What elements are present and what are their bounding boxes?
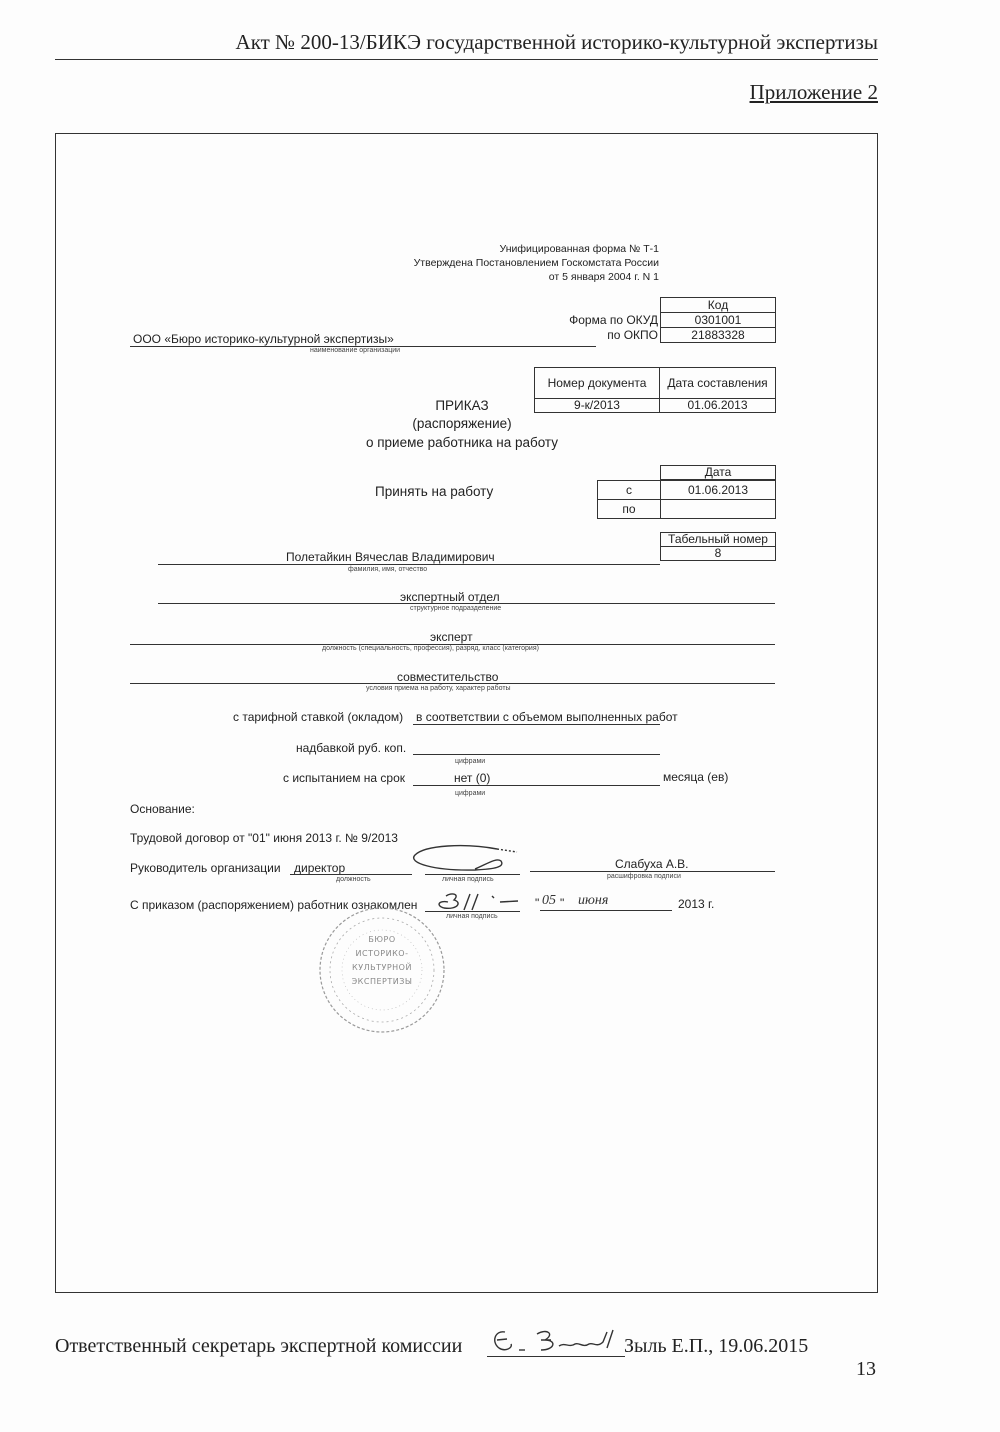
probation-line [413, 785, 660, 786]
acquainted-date-line [540, 910, 672, 911]
to-label: по [598, 500, 661, 519]
probation-value: нет (0) [454, 771, 490, 785]
doc-date-header: Дата составления [660, 368, 776, 399]
svg-text:ЭКСПЕРТИЗЫ: ЭКСПЕРТИЗЫ [352, 977, 413, 986]
probation-unit: месяца (ев) [663, 770, 728, 784]
probation-caption: цифрами [455, 790, 485, 797]
approved-date-label: от 5 января 2004 г. N 1 [549, 271, 659, 283]
rate-label: с тарифной ставкой (окладом) [233, 710, 403, 724]
header-rule [55, 59, 878, 60]
doc-date-value: 01.06.2013 [660, 399, 776, 413]
bonus-line [413, 754, 660, 755]
organization-name: ООО «Бюро историко-культурной экспертизы… [133, 332, 394, 346]
position-value: эксперт [430, 630, 473, 644]
employee-name-caption: фамилия, имя, отчество [348, 566, 427, 573]
head-signature-icon [405, 843, 525, 878]
order-subject: о приеме работника на работу [322, 435, 602, 450]
organization-caption: наименование организации [310, 347, 400, 354]
svg-text:ИСТОРИКО-: ИСТОРИКО- [356, 949, 409, 958]
order-title: ПРИКАЗ [412, 398, 512, 413]
code-table: Код 0301001 21883328 [660, 297, 776, 343]
department-value: экспертный отдел [400, 590, 500, 604]
date-header: Дата [661, 466, 776, 480]
okud-value: 0301001 [661, 313, 776, 328]
bonus-caption: цифрами [455, 758, 485, 765]
svg-text:КУЛЬТУРНОЙ: КУЛЬТУРНОЙ [352, 961, 412, 972]
conditions-value: совместительство [397, 670, 498, 684]
okud-label: Форма по ОКУД [569, 313, 658, 327]
employee-name-line [158, 564, 660, 565]
bonus-label: надбавкой руб. коп. [296, 741, 406, 755]
basis-value: Трудовой договор от "01" июня 2013 г. № … [130, 831, 398, 845]
personnel-number-value: 8 [661, 547, 776, 561]
head-name-line [530, 871, 775, 872]
probation-label: с испытанием на срок [283, 771, 405, 785]
secretary-label: Ответственный секретарь экспертной комис… [55, 1335, 462, 1358]
acquainted-year: 2013 г. [678, 897, 714, 911]
from-label: с [598, 481, 661, 500]
personnel-number-table: Табельный номер 8 [660, 532, 776, 561]
organization-stamp-icon: БЮРО ИСТОРИКО- КУЛЬТУРНОЙ ЭКСПЕРТИЗЫ [312, 900, 452, 1040]
acquainted-month: июня [578, 893, 608, 909]
act-header-title: Акт № 200-13/БИКЭ государственной истори… [55, 30, 878, 55]
from-date: 01.06.2013 [661, 481, 776, 500]
secretary-name: Зыль Е.П., 19.06.2015 [624, 1335, 808, 1358]
employee-name: Полетайкин Вячеслав Владимирович [286, 550, 495, 564]
head-position: директор [294, 861, 345, 875]
employee-signature-caption: личная подпись [446, 913, 498, 920]
head-label: Руководитель организации [130, 861, 281, 875]
svg-text:БЮРО: БЮРО [368, 935, 395, 944]
okpo-value: 21883328 [661, 328, 776, 343]
approved-by-label: Утверждена Постановлением Госкомстата Ро… [414, 257, 659, 269]
code-header: Код [661, 298, 776, 313]
document-number-table: Номер документа Дата составления 9-к/201… [534, 367, 776, 413]
basis-label: Основание: [130, 802, 195, 816]
doc-number-header: Номер документа [535, 368, 660, 399]
secretary-signature-line [487, 1356, 625, 1357]
rate-value: в соответствии с объемом выполненных раб… [416, 710, 678, 724]
personnel-number-header: Табельный номер [661, 533, 776, 547]
rate-line [413, 724, 660, 725]
position-caption: должность (специальность, профессия), ра… [322, 645, 539, 652]
department-caption: структурное подразделение [410, 605, 501, 612]
hire-dates-table: с 01.06.2013 по [597, 480, 776, 519]
conditions-caption: условия приема на работу, характер работ… [366, 685, 511, 692]
hire-label: Принять на работу [375, 484, 493, 499]
head-position-line [290, 874, 412, 875]
head-name-caption: расшифровка подписи [607, 873, 681, 880]
appendix-label: Приложение 2 [750, 80, 878, 105]
doc-number-value: 9-к/2013 [535, 399, 660, 413]
conditions-line [130, 683, 775, 684]
date-header-table: Дата [660, 465, 776, 480]
acquainted-day: 05 [542, 893, 556, 909]
unified-form-label: Унифицированная форма № Т-1 [500, 243, 660, 255]
order-subtitle: (распоряжение) [372, 416, 552, 431]
page-number: 13 [856, 1358, 876, 1381]
head-name: Слабуха А.В. [615, 857, 689, 871]
to-date [661, 500, 776, 519]
okpo-label: по ОКПО [607, 328, 658, 342]
department-line [158, 603, 775, 604]
head-position-caption: должность [336, 876, 371, 883]
